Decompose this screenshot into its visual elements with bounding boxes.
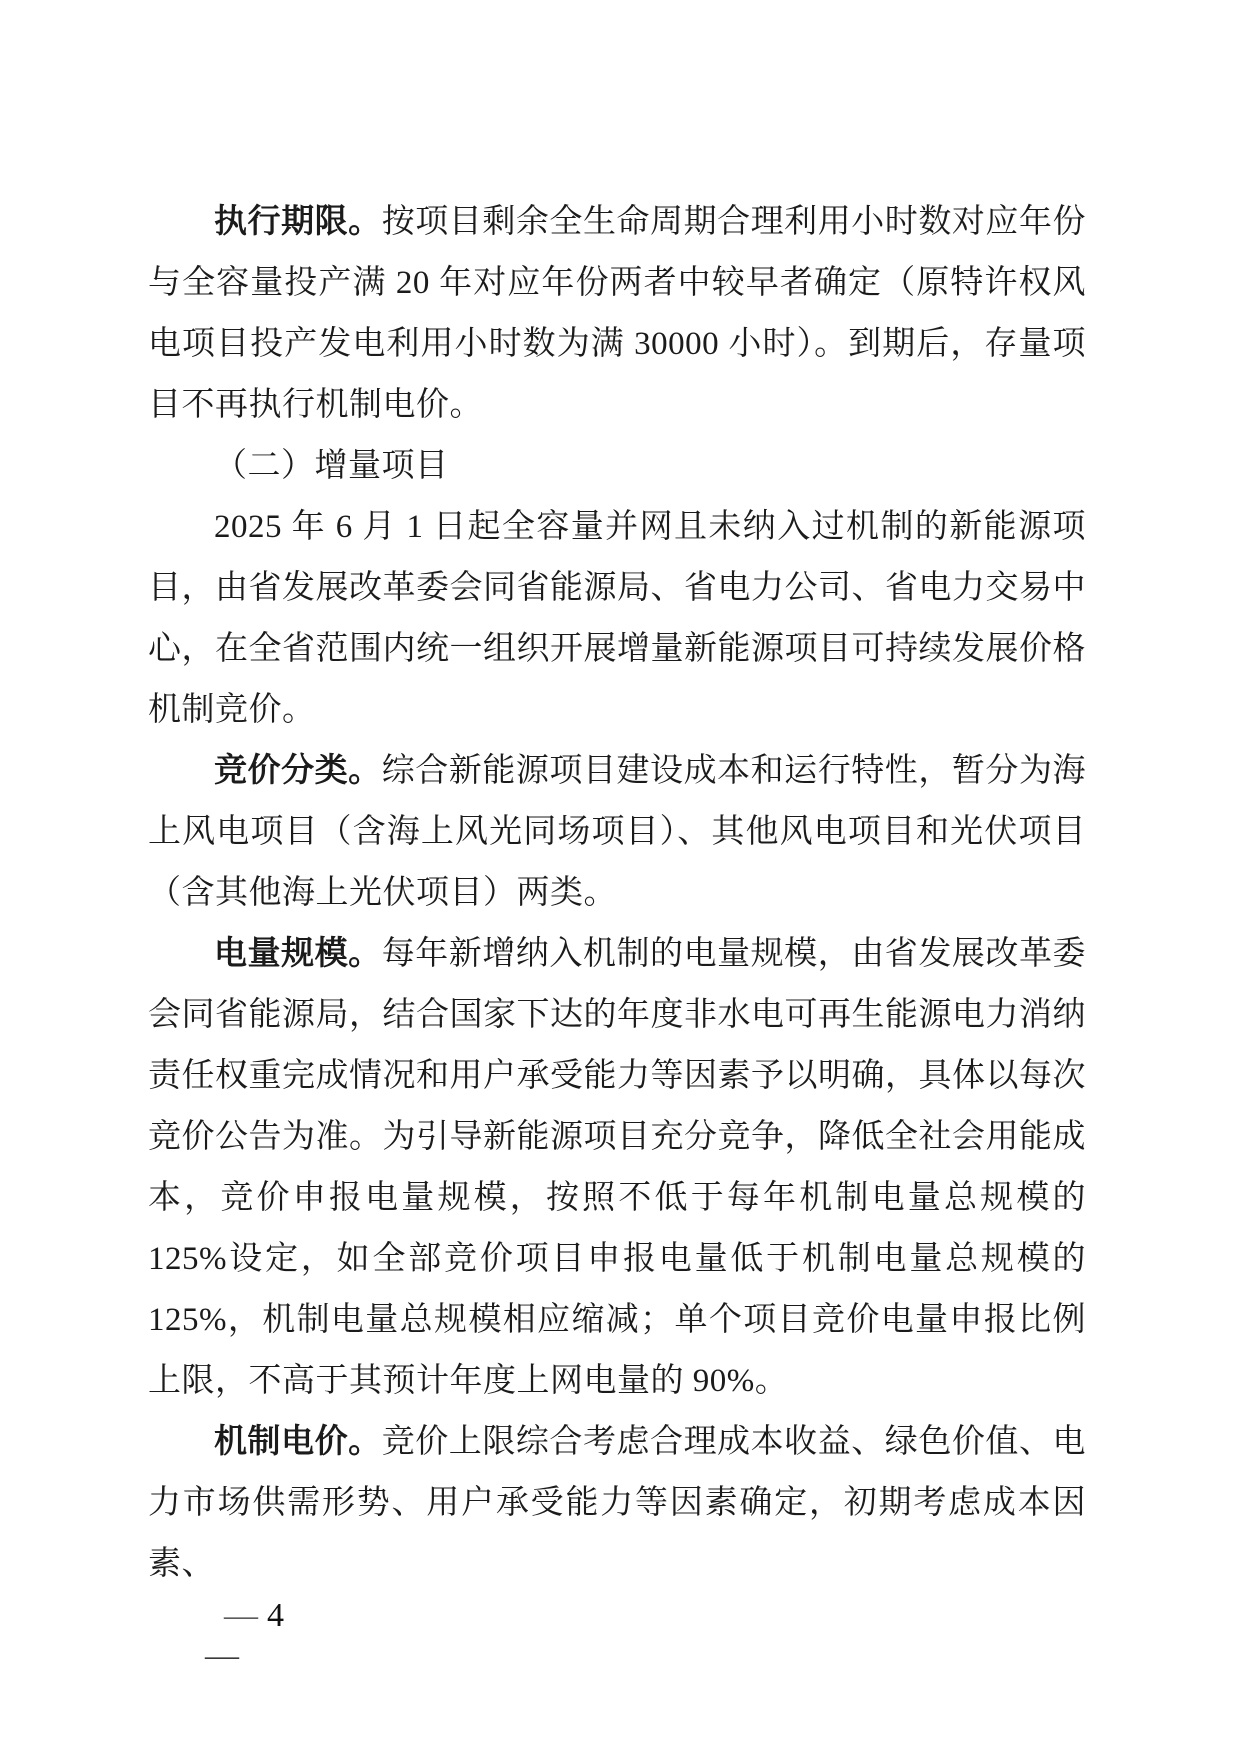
document-text-block: 执行期限。按项目剩余全生命周期合理利用小时数对应年份与全容量投产满 20 年对应… [148,192,1086,1595]
paragraph-mechanism-price: 机制电价。竞价上限综合考虑合理成本收益、绿色价值、电力市场供需形势、用户承受能力… [148,1412,1086,1595]
document-page: 执行期限。按项目剩余全生命周期合理利用小时数对应年份与全容量投产满 20 年对应… [0,0,1239,1752]
paragraph-bidding-classification: 竞价分类。综合新能源项目建设成本和运行特性，暂分为海上风电项目（含海上风光同场项… [148,741,1086,924]
paragraph-lead: 电量规模。 [214,936,382,972]
paragraph-lead: 竞价分类。 [214,753,382,789]
heading-increment-projects: （二）增量项目 [148,436,1086,497]
page-number-trailing-dash: — [205,1636,239,1676]
page-number: —4 [224,1596,284,1636]
page-number-left-dash: — [224,1597,258,1634]
heading-text: （二）增量项目 [214,448,449,484]
paragraph-lead: 执行期限。 [214,204,382,240]
paragraph-text: 每年新增纳入机制的电量规模，由省发展改革委会同省能源局，结合国家下达的年度非水电… [148,936,1086,1399]
paragraph-lead: 机制电价。 [214,1424,382,1460]
page-number-value: 4 [267,1597,284,1634]
paragraph-text: 2025 年 6 月 1 日起全容量并网且未纳入过机制的新能源项目，由省发展改革… [148,509,1086,728]
paragraph-execution-period: 执行期限。按项目剩余全生命周期合理利用小时数对应年份与全容量投产满 20 年对应… [148,192,1086,436]
paragraph-increment-intro: 2025 年 6 月 1 日起全容量并网且未纳入过机制的新能源项目，由省发展改革… [148,497,1086,741]
paragraph-electricity-scale: 电量规模。每年新增纳入机制的电量规模，由省发展改革委会同省能源局，结合国家下达的… [148,924,1086,1412]
